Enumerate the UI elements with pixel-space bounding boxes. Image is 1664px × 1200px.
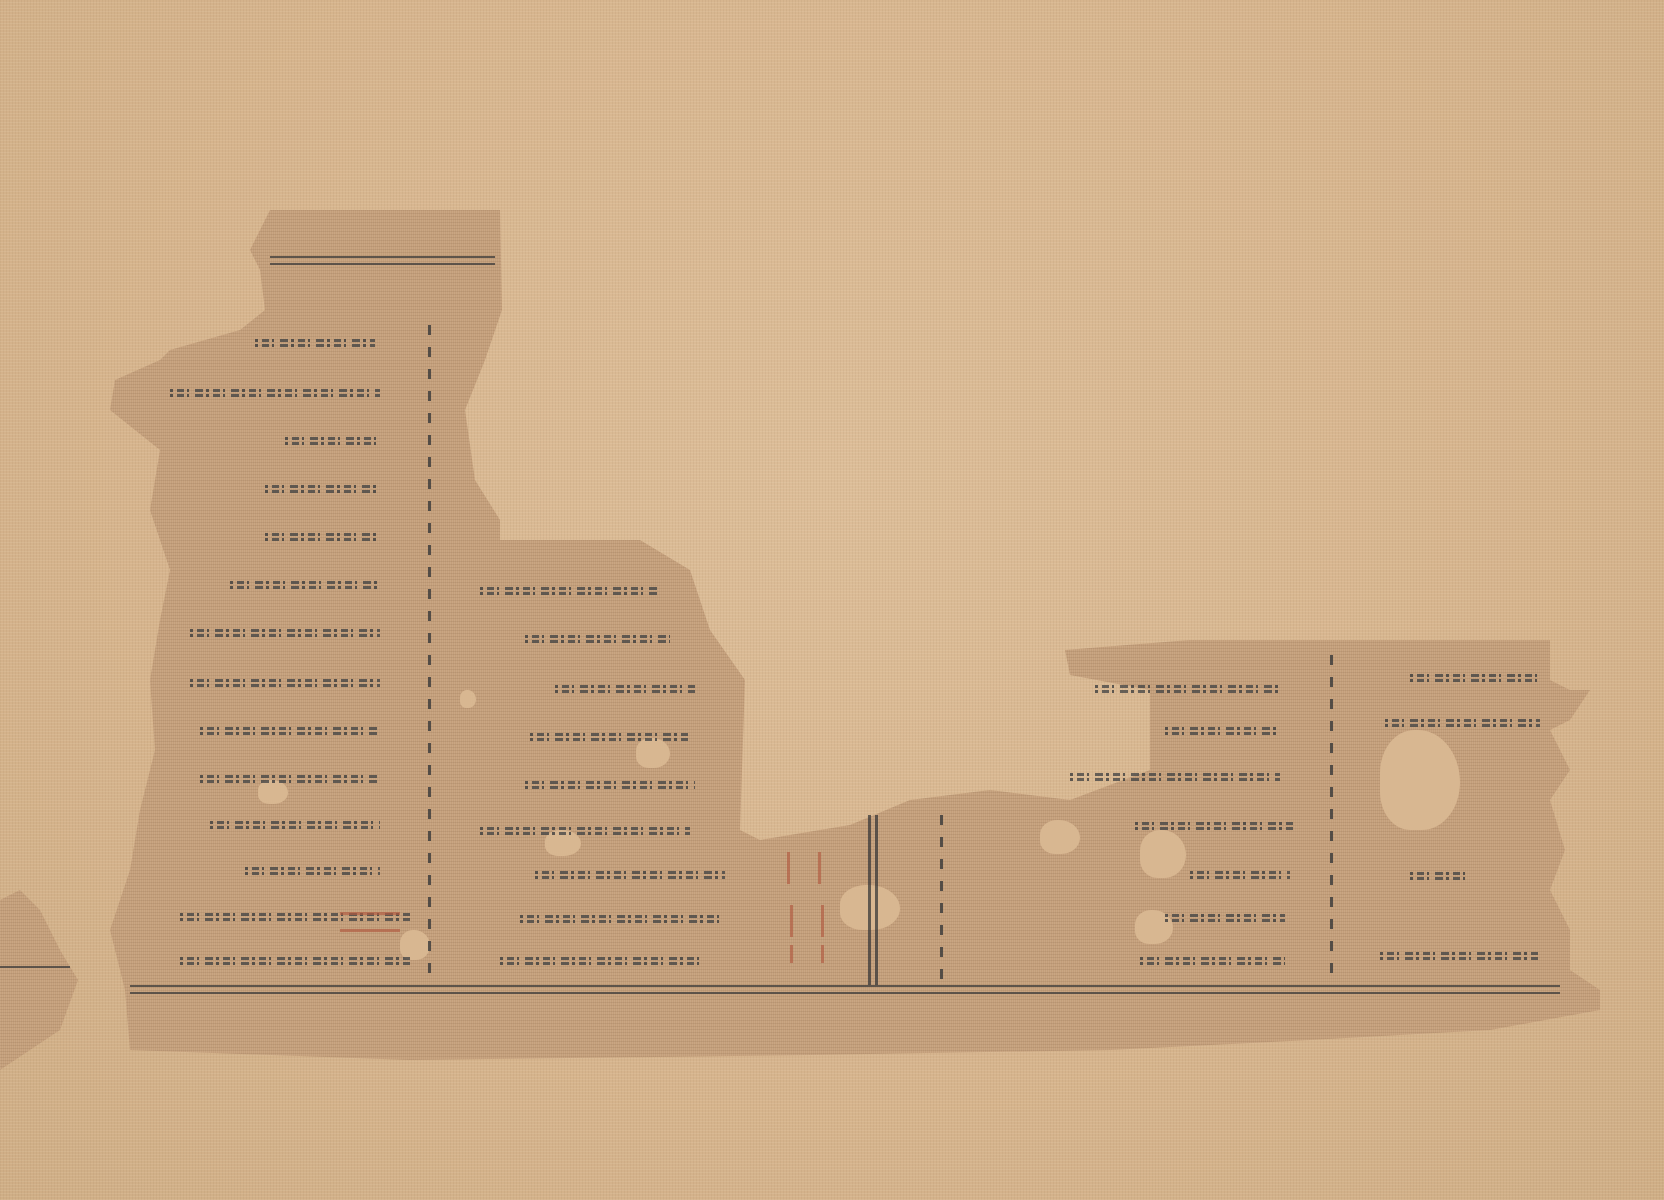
script-line <box>230 579 380 591</box>
red-ink-mark <box>790 905 824 937</box>
linen-photograph: Ancient Egyptian linen fragment with hie… <box>0 0 1664 1200</box>
script-line <box>480 585 660 597</box>
column-divider <box>875 815 878 985</box>
hole <box>1140 830 1186 878</box>
column-divider <box>428 325 431 980</box>
column-divider <box>1330 655 1333 975</box>
hole <box>1380 730 1460 830</box>
script-line <box>200 773 380 785</box>
red-ink-mark <box>787 852 821 884</box>
script-line <box>500 955 700 967</box>
script-line <box>1070 771 1280 783</box>
script-line <box>1410 672 1540 684</box>
script-line <box>520 913 725 925</box>
baseline-rule <box>130 992 1560 994</box>
left-edge-fragment <box>0 890 80 1070</box>
script-line <box>285 435 380 447</box>
script-line <box>1385 717 1540 729</box>
script-line <box>190 677 380 689</box>
script-line <box>535 869 725 881</box>
hole <box>1040 820 1080 854</box>
baseline-rule <box>130 985 1560 987</box>
script-line <box>180 955 410 967</box>
script-line <box>1140 955 1285 967</box>
header-rule-top <box>270 263 495 265</box>
script-line <box>1165 912 1285 924</box>
script-line <box>1095 683 1280 695</box>
red-ink-mark <box>340 912 400 932</box>
script-line <box>1135 820 1295 832</box>
script-line <box>200 725 380 737</box>
column-divider <box>868 815 871 985</box>
script-line <box>1380 950 1540 962</box>
hole <box>460 690 476 708</box>
script-line <box>555 683 695 695</box>
script-line <box>1165 725 1280 737</box>
red-ink-mark <box>790 945 824 963</box>
script-line <box>530 731 690 743</box>
script-line <box>245 865 380 877</box>
script-line <box>210 819 380 831</box>
column-divider <box>940 815 943 980</box>
left-fragment-rule <box>0 966 70 968</box>
header-rule-top <box>270 256 495 258</box>
script-line <box>525 633 670 645</box>
script-line <box>1410 870 1470 882</box>
script-line <box>170 387 380 399</box>
script-line <box>525 779 695 791</box>
script-line <box>1190 869 1290 881</box>
script-line <box>265 531 380 543</box>
script-line <box>255 337 375 349</box>
script-line <box>480 825 690 837</box>
script-line <box>265 483 380 495</box>
script-line <box>190 627 380 639</box>
